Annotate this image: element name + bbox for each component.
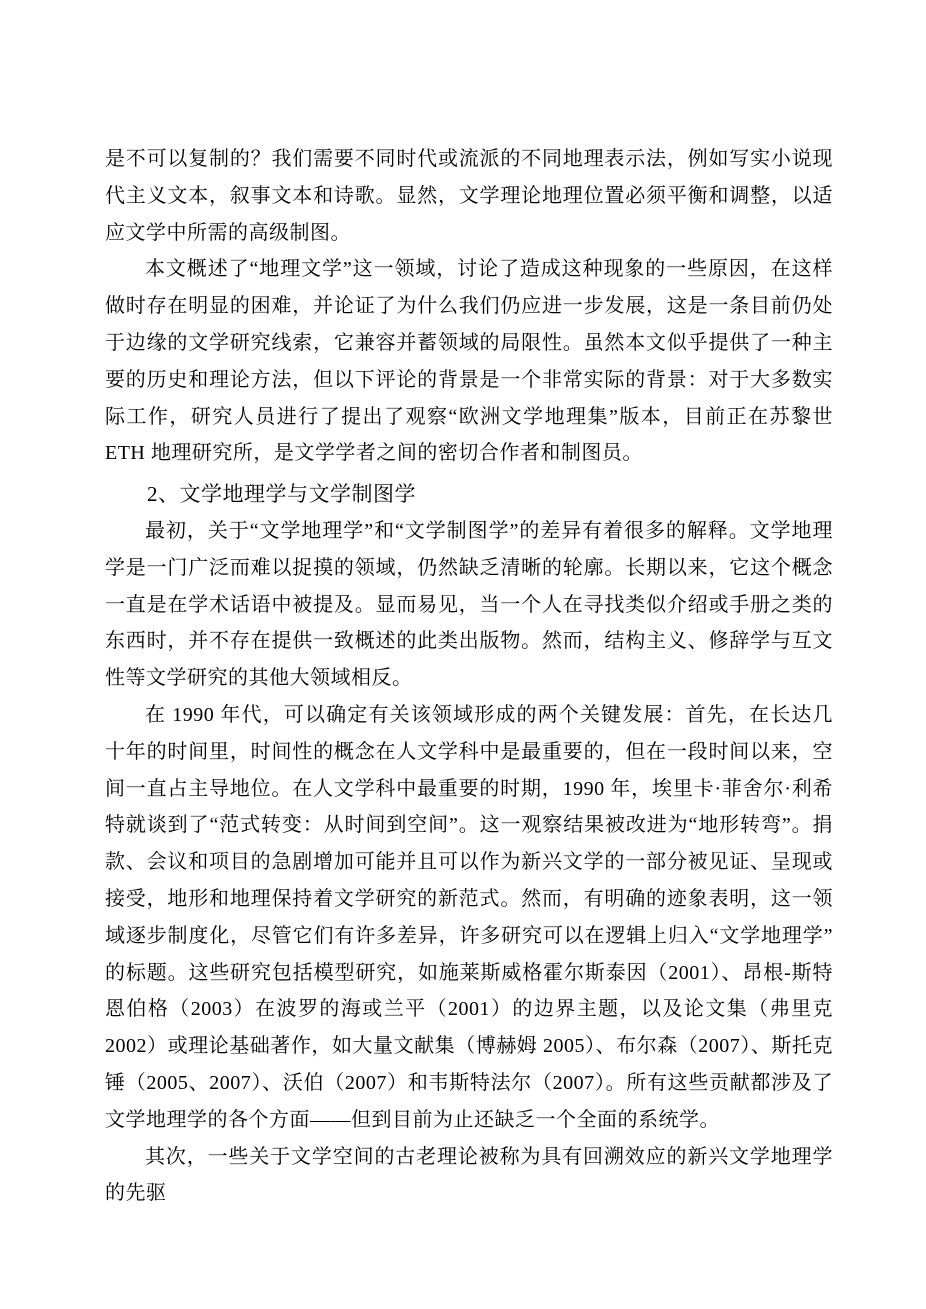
paragraph-initial-explanations: 最初，关于“文学地理学”和“文学制图学”的差异有着很多的解释。文学地理学是一门广…: [105, 513, 833, 697]
section-heading-literary-geography-and-cartography: 2、文学地理学与文学制图学: [105, 476, 833, 513]
paragraph-article-overview: 本文概述了“地理文学”这一领域，讨论了造成这种现象的一些原因，在这样做时存在明显…: [105, 251, 833, 472]
paragraph-continuation-from-previous-page: 是不可以复制的？我们需要不同时代或流派的不同地理表示法，例如写实小说现代主义文本…: [105, 141, 833, 251]
document-page: 是不可以复制的？我们需要不同时代或流派的不同地理表示法，例如写实小说现代主义文本…: [0, 0, 926, 1309]
paragraph-1990s-developments: 在 1990 年代，可以确定有关该领域形成的两个关键发展：首先，在长达几十年的时…: [105, 697, 833, 1139]
paragraph-second-old-theories: 其次，一些关于文学空间的古老理论被称为具有回溯效应的新兴文学地理学的先驱: [105, 1139, 833, 1213]
page-text-content: 是不可以复制的？我们需要不同时代或流派的不同地理表示法，例如写实小说现代主义文本…: [105, 141, 833, 1212]
